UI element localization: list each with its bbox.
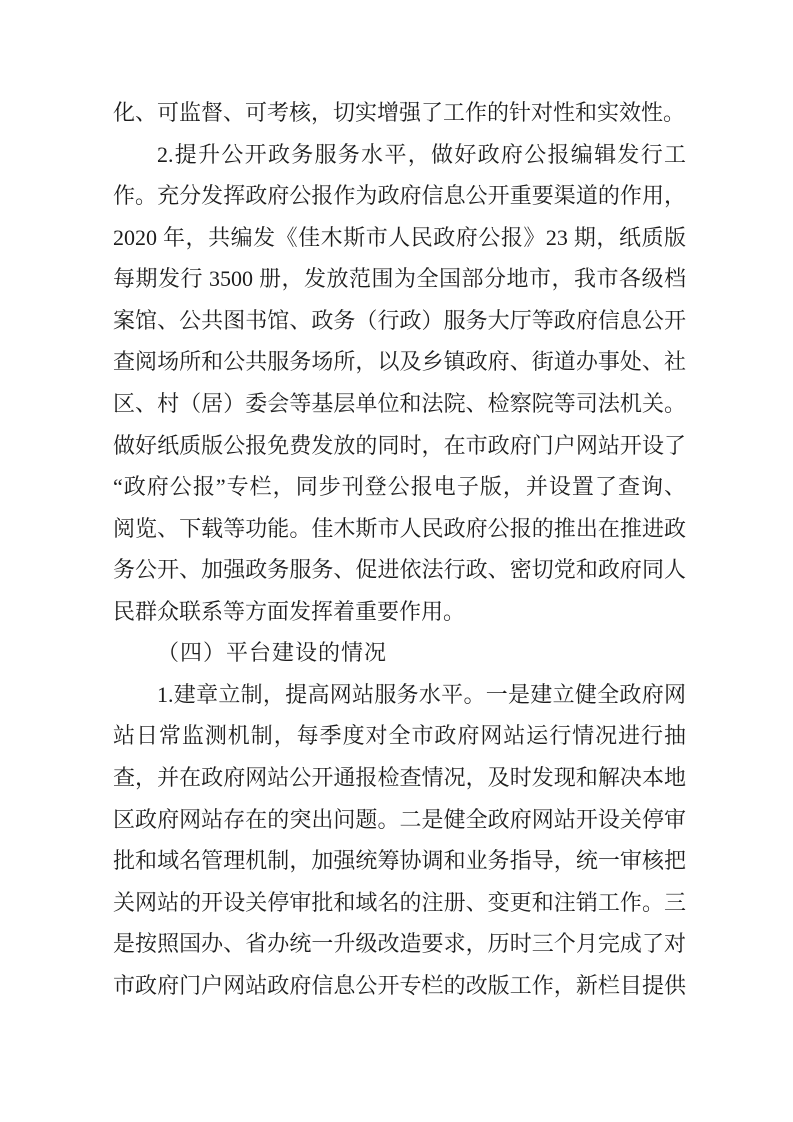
document-page: 化、可监督、可考核，切实增强了工作的针对性和实效性。 2.提升公开政务服务水平，… bbox=[0, 0, 793, 1122]
text-line: “政府公报”专栏，同步刊登公报电子版，并设置了查询、 bbox=[113, 466, 686, 508]
text-line: 市政府门户网站政府信息公开专栏的改版工作，新栏目提供 bbox=[113, 965, 686, 1007]
text-line-paragraph-start: 1.建章立制，提高网站服务水平。一是建立健全政府网 bbox=[113, 674, 686, 716]
text-line: 务公开、加强政务服务、促进依法行政、密切党和政府同人 bbox=[113, 549, 686, 591]
text-line: 案馆、公共图书馆、政务（行政）服务大厅等政府信息公开 bbox=[113, 300, 686, 342]
text-line-paragraph-start: 2.提升公开政务服务水平，做好政府公报编辑发行工 bbox=[113, 134, 686, 176]
text-line: 区、村（居）委会等基层单位和法院、检察院等司法机关。 bbox=[113, 383, 686, 425]
text-line: 批和域名管理机制，加强统筹协调和业务指导，统一审核把 bbox=[113, 840, 686, 882]
text-line: 阅览、下载等功能。佳木斯市人民政府公报的推出在推进政 bbox=[113, 508, 686, 550]
section-heading: （四）平台建设的情况 bbox=[113, 632, 686, 674]
text-line: 关网站的开设关停审批和域名的注册、变更和注销工作。三 bbox=[113, 882, 686, 924]
text-line-paragraph-end: 民群众联系等方面发挥着重要作用。 bbox=[113, 591, 686, 633]
text-line: 区政府网站存在的突出问题。二是健全政府网站开设关停审 bbox=[113, 799, 686, 841]
text-line: 每期发行 3500 册，发放范围为全国部分地市，我市各级档 bbox=[113, 258, 686, 300]
text-line: 做好纸质版公报免费发放的同时，在市政府门户网站开设了 bbox=[113, 425, 686, 467]
text-line: 化、可监督、可考核，切实增强了工作的针对性和实效性。 bbox=[113, 92, 686, 134]
text-line: 2020 年，共编发《佳木斯市人民政府公报》23 期，纸质版 bbox=[113, 217, 686, 259]
text-line: 站日常监测机制，每季度对全市政府网站运行情况进行抽 bbox=[113, 715, 686, 757]
text-line: 查，并在政府网站公开通报检查情况，及时发现和解决本地 bbox=[113, 757, 686, 799]
text-line: 作。充分发挥政府公报作为政府信息公开重要渠道的作用， bbox=[113, 175, 686, 217]
text-line: 查阅场所和公共服务场所，以及乡镇政府、街道办事处、社 bbox=[113, 341, 686, 383]
text-line: 是按照国办、省办统一升级改造要求，历时三个月完成了对 bbox=[113, 923, 686, 965]
